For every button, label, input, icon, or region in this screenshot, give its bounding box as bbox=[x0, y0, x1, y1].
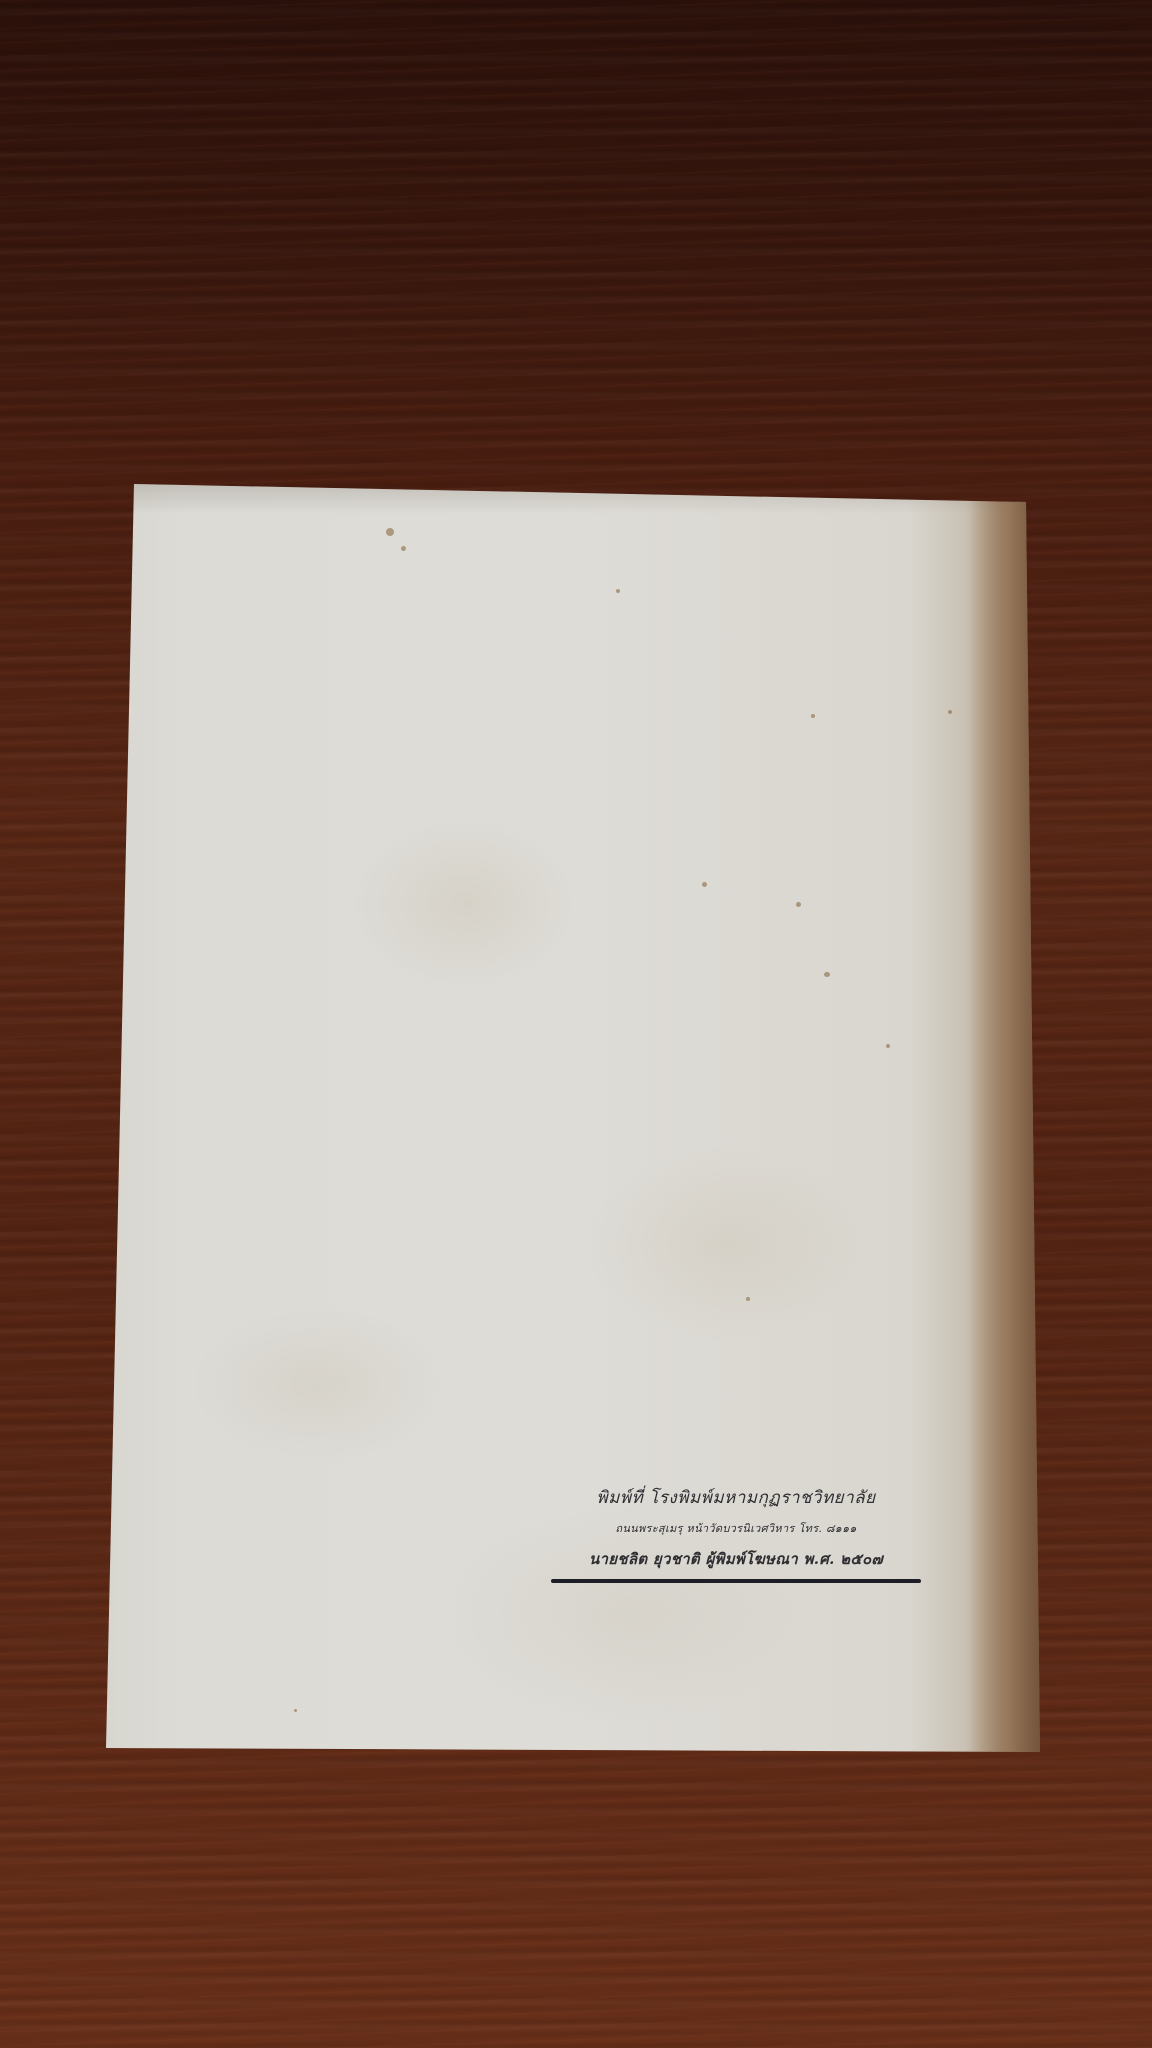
foxing-spot bbox=[886, 1044, 890, 1048]
foxing-spot bbox=[811, 714, 815, 718]
foxing-spot bbox=[948, 710, 952, 714]
imprint-underline-rule bbox=[551, 1579, 921, 1583]
foxing-spot bbox=[294, 1709, 297, 1712]
foxing-spot bbox=[824, 972, 830, 977]
foxing-spot bbox=[702, 882, 707, 887]
book-page-edge bbox=[970, 484, 1040, 1752]
foxing-spot bbox=[401, 546, 406, 551]
printer-imprint: พิมพ์ที่ โรงพิมพ์มหามกุฏราชวิทยาลัย ถนนพ… bbox=[551, 1484, 921, 1583]
foxing-spot bbox=[386, 528, 394, 536]
book-back-cover: พิมพ์ที่ โรงพิมพ์มหามกุฏราชวิทยาลัย ถนนพ… bbox=[106, 484, 1040, 1752]
imprint-address: ถนนพระสุเมรุ หน้าวัดบวรนิเวศวิหาร โทร. ๘… bbox=[551, 1519, 921, 1537]
foxing-spot bbox=[796, 902, 801, 907]
imprint-publisher-year: นายชลิต ยุวชาติ ผู้พิมพ์โฆษณา พ.ศ. ๒๕๐๗ bbox=[551, 1547, 921, 1571]
foxing-spot bbox=[746, 1297, 750, 1301]
cover-top-shadow bbox=[106, 484, 1040, 514]
foxing-spot bbox=[616, 589, 620, 593]
imprint-printing-house: พิมพ์ที่ โรงพิมพ์มหามกุฏราชวิทยาลัย bbox=[551, 1484, 921, 1511]
